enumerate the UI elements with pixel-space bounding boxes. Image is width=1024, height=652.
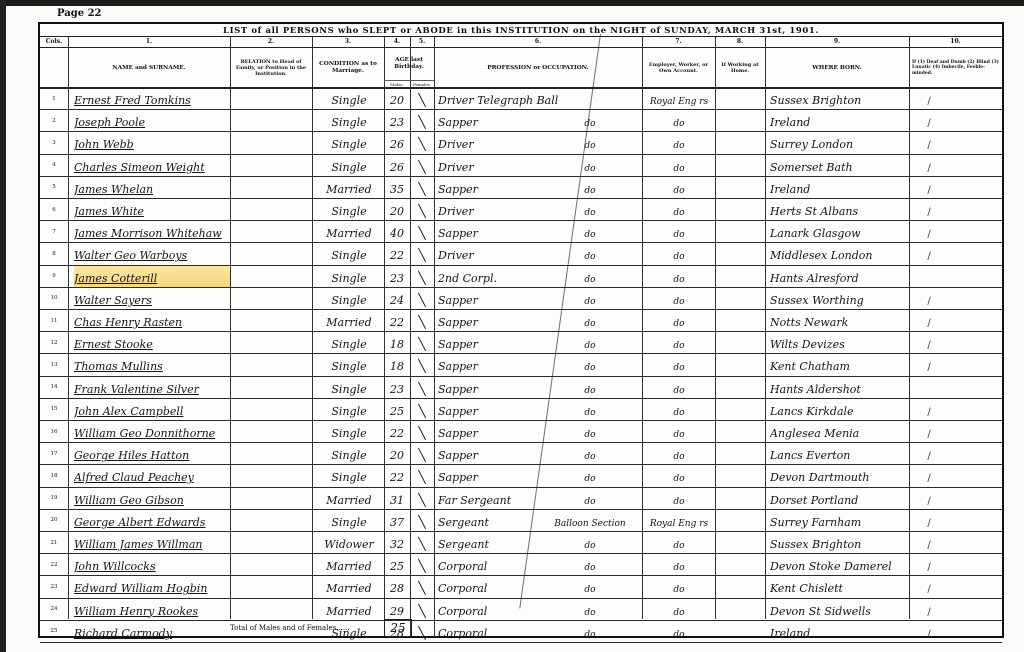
check-mark: / <box>909 332 949 353</box>
person-name: Walter Sayers <box>74 288 230 309</box>
birthplace: Wilts Devizes <box>770 332 908 353</box>
table-row[interactable]: 23 Edward William Hogbin Married 28 ╲ Co… <box>40 576 1002 598</box>
employer-status: do <box>644 465 714 486</box>
employer-status: do <box>644 332 714 353</box>
age-male: 22 <box>384 310 410 331</box>
table-row[interactable]: 24 William Henry Rookes Married 29 ╲ Cor… <box>40 599 1002 621</box>
check-mark: / <box>909 177 949 198</box>
check-mark: / <box>909 421 949 442</box>
employer-status: do <box>644 354 714 375</box>
row-number: 3 <box>40 132 68 153</box>
table-row[interactable]: 7 James Morrison Whitehaw Married 40 ╲ S… <box>40 221 1002 243</box>
employer-status: do <box>644 488 714 509</box>
person-name: William Geo Gibson <box>74 488 230 509</box>
employer-status: do <box>644 221 714 242</box>
age-male: 35 <box>384 177 410 198</box>
occupation-detail: do <box>540 576 640 597</box>
employer-status: Royal Eng rs <box>644 88 714 109</box>
row-number: 15 <box>40 399 68 420</box>
marital-condition: Single <box>314 88 384 109</box>
check-mark: / <box>909 576 949 597</box>
check-mark: / <box>909 243 949 264</box>
table-row[interactable]: 21 William James Willman Widower 32 ╲ Se… <box>40 532 1002 554</box>
marital-condition: Married <box>314 177 384 198</box>
age-male: 20 <box>384 88 410 109</box>
marital-condition: Married <box>314 221 384 242</box>
relation <box>234 465 310 486</box>
check-mark <box>909 266 949 287</box>
birthplace: Anglesea Menia <box>770 421 908 442</box>
check-mark: / <box>909 221 949 242</box>
age-female-strike: ╲ <box>410 377 434 398</box>
row-number: 9 <box>40 266 68 287</box>
check-mark: / <box>909 288 949 309</box>
person-name: James Cotterill <box>74 266 230 287</box>
occupation-detail: do <box>540 488 640 509</box>
row-number: 20 <box>40 510 68 531</box>
employer-status: do <box>644 443 714 464</box>
person-name: James Whelan <box>74 177 230 198</box>
relation <box>234 488 310 509</box>
header-born: WHERE BORN. <box>765 48 909 88</box>
birthplace: Lanark Glasgow <box>770 221 908 242</box>
relation <box>234 421 310 442</box>
birthplace: Middlesex London <box>770 243 908 264</box>
occupation-detail: do <box>540 288 640 309</box>
table-row[interactable]: 16 William Geo Donnithorne Single 22 ╲ S… <box>40 421 1002 443</box>
colnum-1: 1. <box>68 37 230 47</box>
person-name: John Willcocks <box>74 554 230 575</box>
colnum-8: 8. <box>715 37 765 47</box>
occupation-detail: do <box>540 354 640 375</box>
row-number: 23 <box>40 576 68 597</box>
colnum-2: 2. <box>230 37 312 47</box>
header-condition: CONDITION as to Marriage. <box>312 48 384 88</box>
age-male: 26 <box>384 155 410 176</box>
person-name: Ernest Stooke <box>74 332 230 353</box>
row-number: 18 <box>40 465 68 486</box>
relation <box>234 599 310 620</box>
relation <box>234 399 310 420</box>
check-mark: / <box>909 510 949 531</box>
age-male: 26 <box>384 132 410 153</box>
header-occupation: PROFESSION or OCCUPATION. <box>434 48 642 88</box>
age-male: 20 <box>384 443 410 464</box>
birthplace: Sussex Worthing <box>770 288 908 309</box>
age-male: 29 <box>384 599 410 620</box>
age-female-strike: ╲ <box>410 332 434 353</box>
marital-condition: Single <box>314 377 384 398</box>
check-mark: / <box>909 532 949 553</box>
age-female-strike: ╲ <box>410 177 434 198</box>
table-row[interactable]: 22 John Willcocks Married 25 ╲ Corporal … <box>40 554 1002 576</box>
person-name: Chas Henry Rasten <box>74 310 230 331</box>
table-row[interactable]: 20 George Albert Edwards Single 37 ╲ Ser… <box>40 510 1002 532</box>
occupation-detail: do <box>540 266 640 287</box>
table-row[interactable]: 10 Walter Sayers Single 24 ╲ Sapper do d… <box>40 288 1002 310</box>
row-number: 12 <box>40 332 68 353</box>
employer-status: do <box>644 266 714 287</box>
header-relation: RELATION to Head of Family, or Position … <box>230 48 312 88</box>
table-row[interactable]: 13 Thomas Mullins Single 18 ╲ Sapper do … <box>40 354 1002 376</box>
row-number: 2 <box>40 110 68 131</box>
occupation-detail: do <box>540 443 640 464</box>
birthplace: Surrey London <box>770 132 908 153</box>
check-mark: / <box>909 465 949 486</box>
occupation-detail: do <box>540 421 640 442</box>
occupation-detail: do <box>540 554 640 575</box>
age-male: 25 <box>384 399 410 420</box>
check-mark: / <box>909 199 949 220</box>
table-row[interactable]: 8 Walter Geo Warboys Single 22 ╲ Driver … <box>40 243 1002 265</box>
relation <box>234 88 310 109</box>
employer-status: Royal Eng rs <box>644 510 714 531</box>
age-female-strike: ╲ <box>410 155 434 176</box>
page-label: Page 22 <box>57 8 101 19</box>
person-name: Joseph Poole <box>74 110 230 131</box>
check-mark: / <box>909 110 949 131</box>
age-male: 22 <box>384 243 410 264</box>
relation <box>234 266 310 287</box>
check-mark: / <box>909 88 949 109</box>
relation <box>234 510 310 531</box>
marital-condition: Single <box>314 510 384 531</box>
person-name: Frank Valentine Silver <box>74 377 230 398</box>
employer-status: do <box>644 377 714 398</box>
employer-status: do <box>644 288 714 309</box>
person-name: James White <box>74 199 230 220</box>
table-row[interactable]: 14 Frank Valentine Silver Single 23 ╲ Sa… <box>40 377 1002 399</box>
check-mark: / <box>909 488 949 509</box>
person-name: William Henry Rookes <box>74 599 230 620</box>
row-number: 6 <box>40 199 68 220</box>
check-mark: / <box>909 354 949 375</box>
relation <box>234 221 310 242</box>
row-number: 17 <box>40 443 68 464</box>
marital-condition: Widower <box>314 532 384 553</box>
totals-males: 25 <box>384 619 412 637</box>
check-mark <box>909 377 949 398</box>
age-female-strike: ╲ <box>410 266 434 287</box>
relation <box>234 199 310 220</box>
occupation-detail: do <box>540 599 640 620</box>
row-number: 1 <box>40 88 68 109</box>
birthplace: Hants Aldershot <box>770 377 908 398</box>
marital-condition: Single <box>314 110 384 131</box>
person-name: James Morrison Whitehaw <box>74 221 230 242</box>
birthplace: Ireland <box>770 110 908 131</box>
age-female-strike: ╲ <box>410 488 434 509</box>
age-female-strike: ╲ <box>410 554 434 575</box>
age-female-strike: ╲ <box>410 243 434 264</box>
relation <box>234 332 310 353</box>
birthplace: Ireland <box>770 177 908 198</box>
marital-condition: Single <box>314 288 384 309</box>
person-name: George Hiles Hatton <box>74 443 230 464</box>
marital-condition: Married <box>314 576 384 597</box>
table-row[interactable]: 12 Ernest Stooke Single 18 ╲ Sapper do d… <box>40 332 1002 354</box>
employer-status: do <box>644 421 714 442</box>
birthplace: Devon St Sidwells <box>770 599 908 620</box>
birthplace: Lancs Everton <box>770 443 908 464</box>
employer-status: do <box>644 177 714 198</box>
marital-condition: Single <box>314 354 384 375</box>
colnum-10: 10. <box>909 37 1002 47</box>
relation <box>234 110 310 131</box>
relation <box>234 155 310 176</box>
person-name: John Alex Campbell <box>74 399 230 420</box>
age-female-strike: ╲ <box>410 421 434 442</box>
age-female-strike: ╲ <box>410 443 434 464</box>
row-number: 14 <box>40 377 68 398</box>
occupation-detail: do <box>540 221 640 242</box>
age-female-strike: ╲ <box>410 110 434 131</box>
table-row[interactable]: 3 John Webb Single 26 ╲ Driver do do Sur… <box>40 132 1002 154</box>
age-male: 22 <box>384 421 410 442</box>
cols-label: Cols. <box>40 37 68 47</box>
row-number: 4 <box>40 155 68 176</box>
age-female-strike: ╲ <box>410 510 434 531</box>
occupation-detail: do <box>540 132 640 153</box>
colnum-6: 6. <box>434 37 642 47</box>
birthplace: Sussex Brighton <box>770 88 908 109</box>
age-female-strike: ╲ <box>410 221 434 242</box>
table-row[interactable]: 6 James White Single 20 ╲ Driver do do H… <box>40 199 1002 221</box>
table-row[interactable]: 4 Charles Simeon Weight Single 26 ╲ Driv… <box>40 155 1002 177</box>
scan-border-left <box>0 0 6 652</box>
occupation-detail: do <box>540 399 640 420</box>
marital-condition: Single <box>314 332 384 353</box>
occupation-detail: do <box>540 110 640 131</box>
age-male: 18 <box>384 332 410 353</box>
relation <box>234 576 310 597</box>
birthplace: Lancs Kirkdale <box>770 399 908 420</box>
age-male: 22 <box>384 465 410 486</box>
row-number: 8 <box>40 243 68 264</box>
row-number: 10 <box>40 288 68 309</box>
age-male: 25 <box>384 554 410 575</box>
occupation-detail: do <box>540 532 640 553</box>
table-row[interactable]: 11 Chas Henry Rasten Married 22 ╲ Sapper… <box>40 310 1002 332</box>
marital-condition: Single <box>314 132 384 153</box>
birthplace: Kent Chatham <box>770 354 908 375</box>
scan-border-top <box>0 0 1024 6</box>
employer-status: do <box>644 310 714 331</box>
age-male: 28 <box>384 576 410 597</box>
birthplace: Dorset Portland <box>770 488 908 509</box>
occupation-detail: do <box>540 377 640 398</box>
age-male: 32 <box>384 532 410 553</box>
age-male: 24 <box>384 288 410 309</box>
check-mark: / <box>909 443 949 464</box>
occupation-detail: do <box>540 199 640 220</box>
header-employer: Employer, Worker, or Own Account. <box>642 48 715 88</box>
marital-condition: Married <box>314 554 384 575</box>
employer-status: do <box>644 243 714 264</box>
person-name: Thomas Mullins <box>74 354 230 375</box>
header-infirmity: If (1) Deaf and Dumb (2) Blind (3) Lunat… <box>909 48 1005 88</box>
marital-condition: Single <box>314 421 384 442</box>
employer-status: do <box>644 399 714 420</box>
employer-status: do <box>644 576 714 597</box>
table-row[interactable]: 18 Alfred Claud Peachey Single 22 ╲ Sapp… <box>40 465 1002 487</box>
check-mark: / <box>909 399 949 420</box>
relation <box>234 288 310 309</box>
relation <box>234 443 310 464</box>
row-number: 7 <box>40 221 68 242</box>
census-form: LIST of all PERSONS who SLEPT or ABODE i… <box>38 22 1004 638</box>
relation <box>234 132 310 153</box>
relation <box>234 177 310 198</box>
table-row[interactable]: 9 James Cotterill Single 23 ╲ 2nd Corpl.… <box>40 266 1002 288</box>
table-row[interactable]: 2 Joseph Poole Single 23 ╲ Sapper do do … <box>40 110 1002 132</box>
marital-condition: Single <box>314 465 384 486</box>
colnum-4: 4. <box>384 37 410 47</box>
header-home: If Working at Home. <box>715 48 765 88</box>
age-male: 18 <box>384 354 410 375</box>
table-row[interactable]: 1 Ernest Fred Tomkins Single 20 ╲ Driver… <box>40 88 1002 110</box>
table-row[interactable]: 19 William Geo Gibson Married 31 ╲ Far S… <box>40 488 1002 510</box>
age-male: 40 <box>384 221 410 242</box>
person-name: Alfred Claud Peachey <box>74 465 230 486</box>
occupation-detail <box>540 88 640 109</box>
occupation-detail: Balloon Section <box>540 510 640 531</box>
occupation-detail: do <box>540 155 640 176</box>
check-mark: / <box>909 132 949 153</box>
check-mark: / <box>909 554 949 575</box>
age-female-strike: ╲ <box>410 399 434 420</box>
marital-condition: Single <box>314 155 384 176</box>
row-number: 16 <box>40 421 68 442</box>
person-name: John Webb <box>74 132 230 153</box>
person-name: Ernest Fred Tomkins <box>74 88 230 109</box>
birthplace: Devon Stoke Damerel <box>770 554 908 575</box>
birthplace: Surrey Farnham <box>770 510 908 531</box>
row-number: 24 <box>40 599 68 620</box>
row-number: 5 <box>40 177 68 198</box>
row-number: 13 <box>40 354 68 375</box>
form-title: LIST of all PERSONS who SLEPT or ABODE i… <box>40 26 1002 36</box>
header-age: AGE last Birthday. <box>384 48 434 80</box>
marital-condition: Single <box>314 443 384 464</box>
person-name: William Geo Donnithorne <box>74 421 230 442</box>
age-female-strike: ╲ <box>410 354 434 375</box>
age-female-strike: ╲ <box>410 532 434 553</box>
occupation-detail: do <box>540 177 640 198</box>
relation <box>234 354 310 375</box>
occupation-detail: do <box>540 310 640 331</box>
row-number: 22 <box>40 554 68 575</box>
employer-status: do <box>644 532 714 553</box>
marital-condition: Single <box>314 199 384 220</box>
person-name: Charles Simeon Weight <box>74 155 230 176</box>
colnum-3: 3. <box>312 37 384 47</box>
marital-condition: Single <box>314 266 384 287</box>
age-female-strike: ╲ <box>410 576 434 597</box>
birthplace: Notts Newark <box>770 310 908 331</box>
employer-status: do <box>644 599 714 620</box>
birthplace: Sussex Brighton <box>770 532 908 553</box>
employer-status: do <box>644 554 714 575</box>
age-female-strike: ╲ <box>410 88 434 109</box>
check-mark: / <box>909 310 949 331</box>
birthplace: Somerset Bath <box>770 155 908 176</box>
table-row[interactable]: 5 James Whelan Married 35 ╲ Sapper do do… <box>40 177 1002 199</box>
age-female-strike: ╲ <box>410 310 434 331</box>
age-male: 37 <box>384 510 410 531</box>
row-number: 21 <box>40 532 68 553</box>
relation <box>234 243 310 264</box>
birthplace: Herts St Albans <box>770 199 908 220</box>
age-male: 20 <box>384 199 410 220</box>
occupation-detail: do <box>540 243 640 264</box>
marital-condition: Married <box>314 599 384 620</box>
totals-row: Total of Males and of Females...... 25 <box>40 620 1002 638</box>
person-name: William James Willman <box>74 532 230 553</box>
marital-condition: Single <box>314 243 384 264</box>
relation <box>234 377 310 398</box>
age-male: 23 <box>384 377 410 398</box>
marital-condition: Single <box>314 399 384 420</box>
relation <box>234 310 310 331</box>
check-mark: / <box>909 155 949 176</box>
age-female-strike: ╲ <box>410 288 434 309</box>
person-name: Edward William Hogbin <box>74 576 230 597</box>
relation <box>234 554 310 575</box>
birthplace: Hants Alresford <box>770 266 908 287</box>
header-name: NAME and SURNAME. <box>68 48 230 88</box>
age-female-strike: ╲ <box>410 132 434 153</box>
age-female-strike: ╲ <box>410 465 434 486</box>
marital-condition: Married <box>314 310 384 331</box>
employer-status: do <box>644 132 714 153</box>
occupation-detail: do <box>540 465 640 486</box>
employer-status: do <box>644 155 714 176</box>
person-name: Walter Geo Warboys <box>74 243 230 264</box>
table-row[interactable]: 15 John Alex Campbell Single 25 ╲ Sapper… <box>40 399 1002 421</box>
marital-condition: Married <box>314 488 384 509</box>
row-number: 11 <box>40 310 68 331</box>
age-male: 23 <box>384 266 410 287</box>
birthplace: Kent Chislett <box>770 576 908 597</box>
birthplace: Devon Dartmouth <box>770 465 908 486</box>
age-female-strike: ╲ <box>410 199 434 220</box>
employer-status: do <box>644 199 714 220</box>
table-row[interactable]: 17 George Hiles Hatton Single 20 ╲ Sappe… <box>40 443 1002 465</box>
row-number: 19 <box>40 488 68 509</box>
check-mark: / <box>909 599 949 620</box>
colnum-5: 5. <box>410 37 434 47</box>
employer-status: do <box>644 110 714 131</box>
age-male: 23 <box>384 110 410 131</box>
colnum-9: 9. <box>765 37 909 47</box>
colnum-7: 7. <box>642 37 715 47</box>
occupation-detail: do <box>540 332 640 353</box>
age-female-strike: ╲ <box>410 599 434 620</box>
person-name: George Albert Edwards <box>74 510 230 531</box>
relation <box>234 532 310 553</box>
totals-label: Total of Males and of Females...... <box>230 624 350 632</box>
age-male: 31 <box>384 488 410 509</box>
